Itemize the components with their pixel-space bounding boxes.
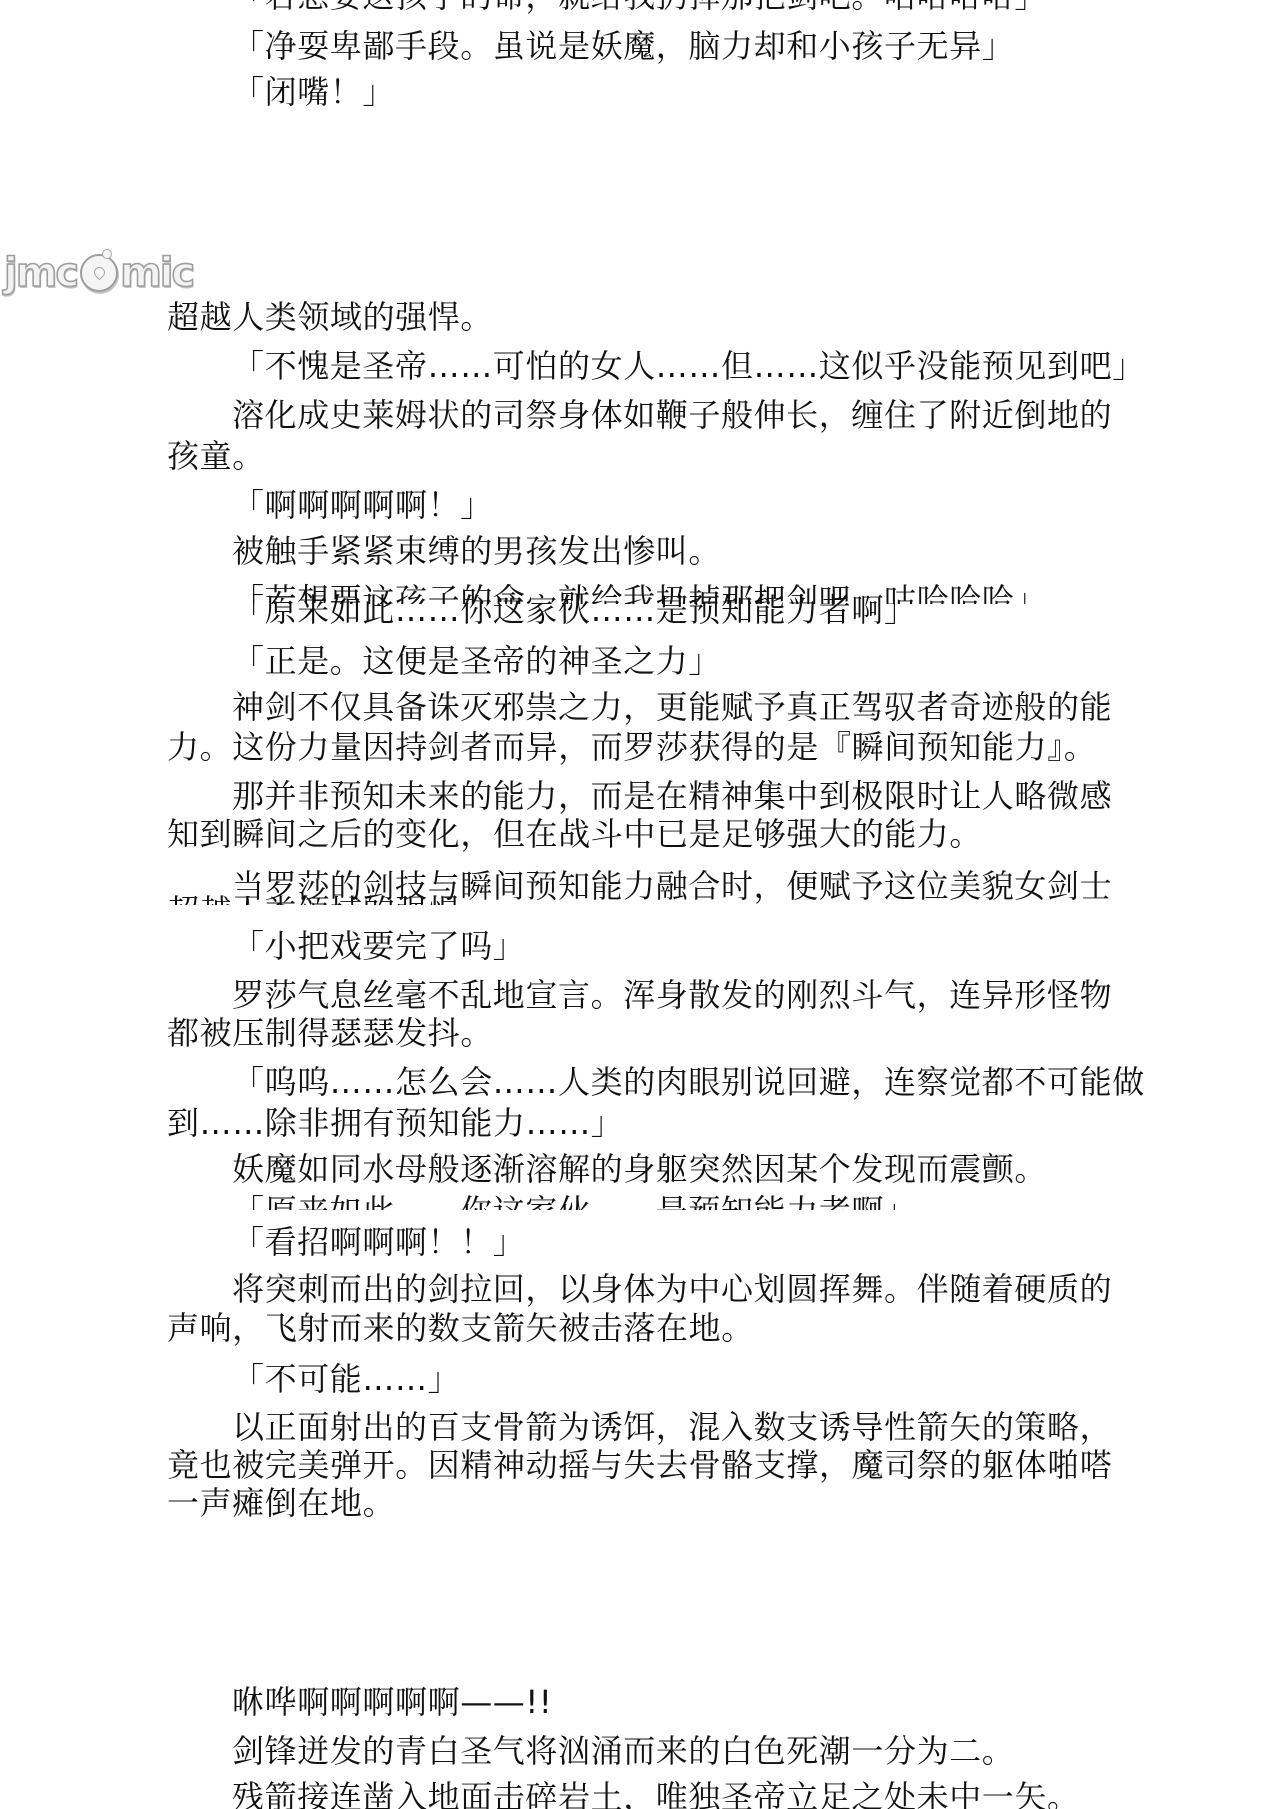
narration-line: 孩童。 <box>167 439 265 473</box>
narration-line: 将突刺而出的剑拉回，以身体为中心划圆挥舞。伴随着硬质的 <box>232 1272 1112 1306</box>
dialogue-line: 「闭嘴！」 <box>232 75 395 109</box>
dialogue-line: 到……除非拥有预知能力……」 <box>167 1106 623 1140</box>
narration-line: 溶化成史莱姆状的司祭身体如鞭子般伸长，缠住了附近倒地的 <box>232 398 1112 432</box>
narration-line: 残箭接连凿入地面击碎岩土，唯独圣帝立足之处未中一矢。 <box>232 1780 1080 1809</box>
dialogue-line: 「小把戏要完了吗」 <box>232 929 525 963</box>
dialogue-line: 「不可能……」 <box>232 1362 460 1396</box>
narration-line: 罗莎气息丝毫不乱地宣言。浑身散发的刚烈斗气，连异形怪物 <box>232 978 1112 1012</box>
narration-line: 竟也被完美弹开。因精神动摇与失去骨骼支撑，魔司祭的躯体啪嗒 <box>167 1448 1112 1482</box>
sfx-line: 咻哗啊啊啊啊啊——!! <box>232 1685 552 1719</box>
cropped-line-fragment: 「原来如此……你这家伙……是预知能力者啊」 <box>0 1194 1280 1210</box>
dialogue-line: 「原来如此……你这家伙……是预知能力者啊」 <box>232 593 917 627</box>
watermark-text-left: jmc <box>4 250 77 296</box>
narration-line: 一声瘫倒在地。 <box>167 1486 395 1520</box>
dialogue-line: 「正是。这便是圣帝的神圣之力」 <box>232 644 721 678</box>
cropped-line-fragment: 超越人类领域的强悍。 <box>0 894 1280 905</box>
novel-page: 「若想要这孩子的命，就给我扔掉那把剑吧。咕哈哈哈」 「净耍卑鄙手段。虽说是妖魔，… <box>0 0 1280 1809</box>
jmcomic-watermark: jmc mic <box>4 250 193 296</box>
narration-line: 力。这份力量因持剑者而异，而罗莎获得的是『瞬间预知能力』。 <box>167 730 1096 764</box>
narration-line: 知到瞬间之后的变化，但在战斗中已是足够强大的能力。 <box>167 817 982 851</box>
dialogue-line: 「不愧是圣帝……可怕的女人……但……这似乎没能预见到吧」 <box>232 349 1145 383</box>
dialogue-line: 「啊啊啊啊啊！」 <box>232 488 493 522</box>
dialogue-line: 「净耍卑鄙手段。虽说是妖魔，脑力却和小孩子无异」 <box>232 29 1014 63</box>
narration-line-cropped: 超越人类领域的强悍。 <box>167 894 493 905</box>
dialogue-line-cropped: 「若想要这孩子的命，就给我扔掉那把剑吧。咕哈哈哈」 <box>232 0 1047 13</box>
mascot-face-icon <box>80 254 118 292</box>
dialogue-line: 「看招啊啊啊！！」 <box>232 1225 525 1259</box>
narration-line: 声响，飞射而来的数支箭矢被击落在地。 <box>167 1311 754 1345</box>
dialogue-line-cropped: 「原来如此……你这家伙……是预知能力者啊」 <box>232 1194 917 1210</box>
narration-line: 神剑不仅具备诛灭邪祟之力，更能赋予真正驾驭者奇迹般的能 <box>232 690 1112 724</box>
narration-line: 被触手紧紧束缚的男孩发出惨叫。 <box>232 534 721 568</box>
narration-line: 超越人类领域的强悍。 <box>167 300 493 334</box>
watermark-text-right: mic <box>120 250 193 296</box>
narration-line: 那并非预知未来的能力，而是在精神集中到极限时让人略微感 <box>232 779 1112 813</box>
dialogue-line: 「呜呜……怎么会……人类的肉眼别说回避，连察觉都不可能做 <box>232 1065 1145 1099</box>
narration-line: 剑锋迸发的青白圣气将汹涌而来的白色死潮一分为二。 <box>232 1734 1014 1768</box>
narration-line: 以正面射出的百支骨箭为诱饵，混入数支诱导性箭矢的策略， <box>232 1410 1112 1444</box>
narration-line: 妖魔如同水母般逐渐溶解的身躯突然因某个发现而震颤。 <box>232 1152 1047 1186</box>
narration-line: 都被压制得瑟瑟发抖。 <box>167 1016 493 1050</box>
